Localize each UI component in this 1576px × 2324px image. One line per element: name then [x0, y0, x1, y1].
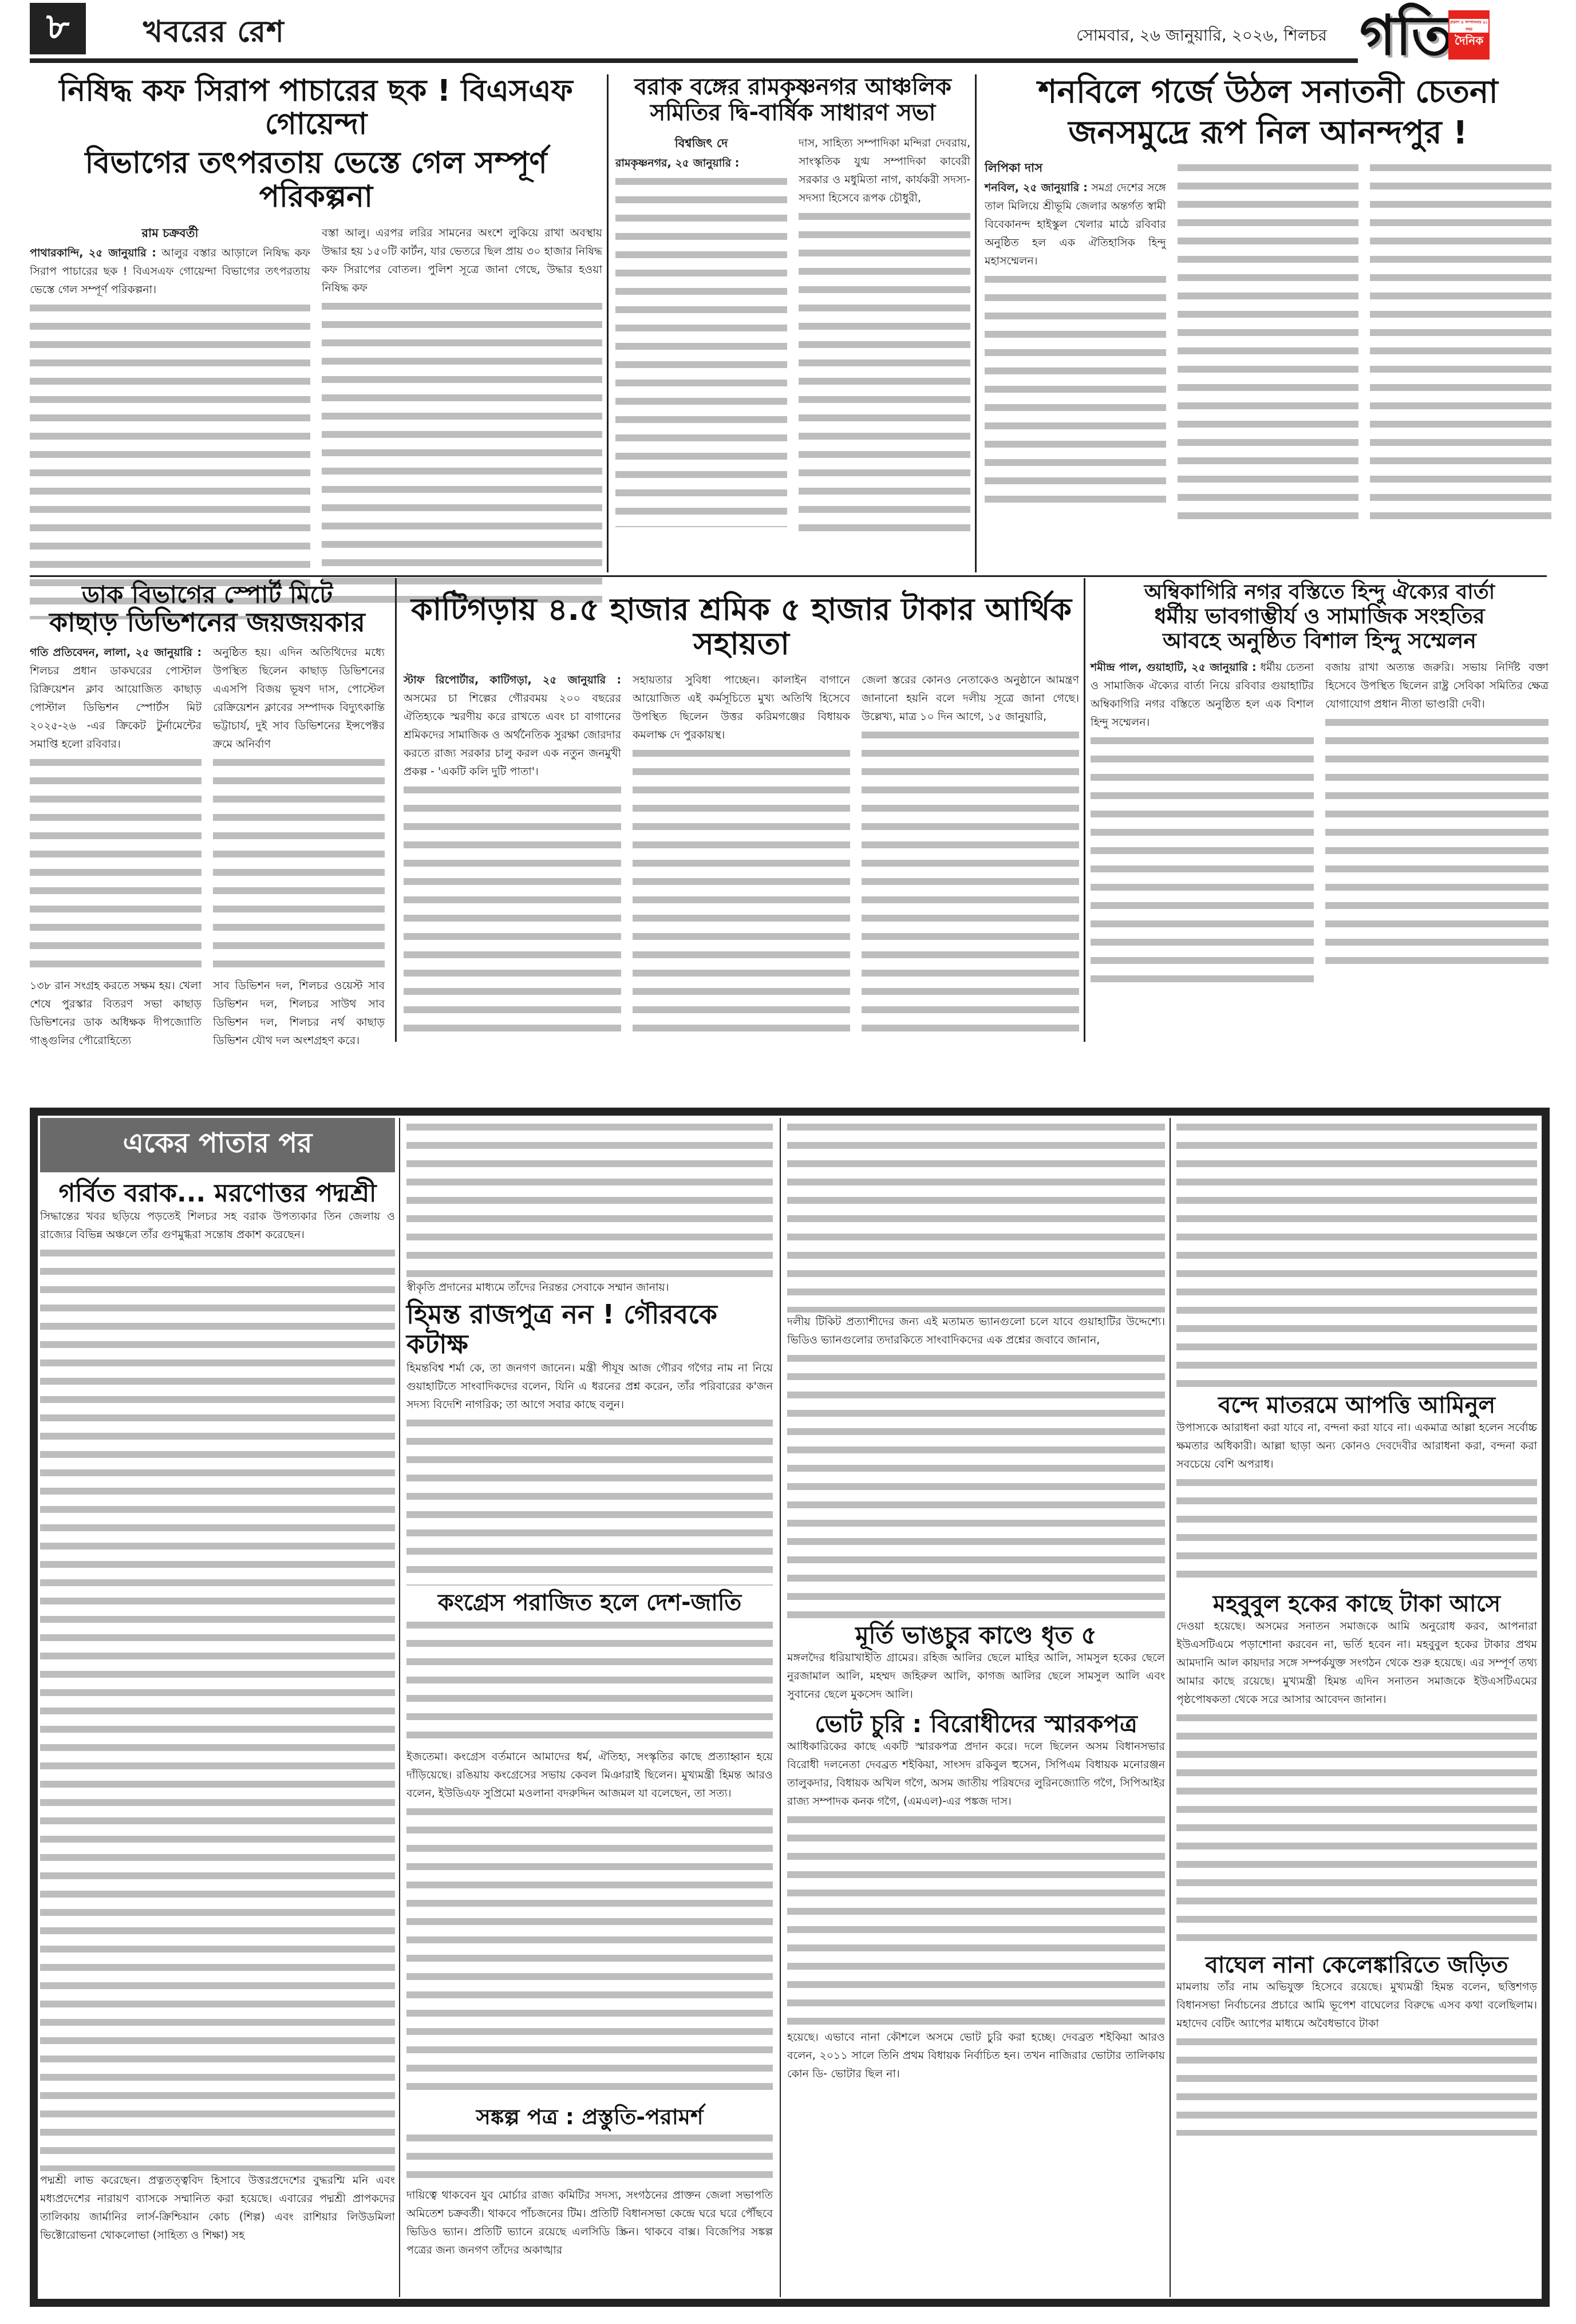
headline-line-2: জনসমুদ্রে রূপ নিল আনন্দপুর ! [985, 115, 1551, 151]
himanta-top-line: স্বীকৃতি প্রদানের মাধ্যমে তাঁদের নিরন্তর… [406, 1278, 773, 1297]
himanta-text: হিমন্তবিশ্ব শর্মা কে, তা জনগণ জানেন। মন্… [406, 1359, 773, 1414]
body-text [1176, 1709, 1537, 1949]
logo-badge-top: প্রকাশ ও সম্পাদনার ৬১ বছর [1449, 19, 1488, 33]
baghel-text: মামলায় তাঁর নাম অভিযুক্ত হিসেবে রয়েছে।… [1176, 1978, 1537, 2033]
body-text [406, 1118, 773, 1278]
lead-text: অসমের চা শিল্পের গৌরবময় ২০০ বছরের ঐতিহ্… [404, 692, 621, 778]
dateline: রামকৃষ্ণনগর, ২৫ জানুয়ারি : [615, 157, 739, 169]
body-text [30, 753, 202, 977]
col3-text: জেলা স্তরের কোনও নেতাকেও অনুষ্ঠানে আমন্ত… [862, 671, 1079, 726]
vote-theft-text: আধিকারিকের কাছে একটি স্মারকপত্র প্রদান ক… [787, 1737, 1165, 1811]
dateline: গতি প্রতিবেদন, লালা, ২৫ জানুয়ারি : [30, 646, 202, 659]
lead-text: সিদ্ধান্তের খবর ছড়িয়ে পড়তেই শিলচর সহ … [40, 1207, 395, 1244]
body-text [213, 753, 385, 977]
dateline: শনবিল, ২৫ জানুয়ারি : [985, 181, 1088, 194]
headline-congress: কংগ্রেস পরাজিত হলে দেশ-জাতি [406, 1590, 773, 1616]
logo-badge-text: দৈনিক [1455, 33, 1483, 52]
headline-line-2: বিভাগের তৎপরতায় ভেস্তে গেল সম্পূর্ণ পরি… [30, 147, 602, 213]
body-text [787, 1118, 1165, 1313]
dateline: পাথারকান্দি, ২৫ জানুয়ারি : [30, 247, 156, 259]
masthead-rule [30, 58, 1358, 63]
headline-himanta: হিমন্ত রাজপুত্র নন ! গৌরবকে কটাক্ষ [406, 1300, 773, 1359]
body-text [404, 781, 621, 1033]
byline: বিশ্বজিৎ দে [615, 134, 787, 154]
article-ramkrishnanagar: বরাক বঙ্গের রামকৃষ্ণনগর আঞ্চলিক সমিতির দ… [615, 74, 970, 533]
body-text [322, 297, 602, 606]
headline: কাটিগড়ায় ৪.৫ হাজার শ্রমিক ৫ হাজার টাকা… [404, 592, 1079, 662]
body-text [406, 1616, 773, 1748]
continued-banner: একের পাতার পর [40, 1118, 395, 1172]
body-text [1325, 713, 1549, 971]
byline: লিপিকা দাস [985, 159, 1166, 179]
body-text [30, 299, 310, 619]
column-divider [780, 1118, 781, 2297]
byline: রাম চক্রবর্তী [30, 224, 310, 244]
article-cough-syrup: নিষিদ্ধ কফ সিরাপ পাচারের ছক ! বিএসএফ গোয… [30, 74, 602, 619]
closing-text: সাব ডিভিশন দল, শিলচর ওয়েস্ট সাব ডিভিশন … [213, 977, 385, 1050]
vote-theft-closing: হয়েছে। এভাবে নানা কৌশলে অসমে ভোট চুরি ক… [787, 2028, 1165, 2083]
column-divider [399, 1118, 400, 2297]
headline-line-2: ধর্মীয় ভাবগাম্ভীর্য ও সামাজিক সংহতির [1091, 604, 1549, 629]
page-number: ৮ [30, 3, 86, 54]
col2-text: সহায়তার সুবিধা পাচ্ছেন। কালাইন বাগানে আ… [633, 671, 850, 744]
closing-text: পদ্মশ্রী লাভ করেছেন। প্রত্নতত্ত্ববিদ হিস… [40, 2171, 395, 2244]
section-divider [30, 575, 1547, 577]
column-divider [1084, 578, 1085, 1042]
headline-vote-theft: ভোট চুরি : বিরোধীদের স্মারকপত্র [787, 1710, 1165, 1737]
article-hindu-sammelan: অম্বিকাগিরি নগর বস্তিতে হিন্দু ঐক্যের বা… [1091, 581, 1549, 983]
article-anandapur: শনবিলে গর্জে উঠল সনাতনী চেতনা জনসমুদ্রে … [985, 74, 1551, 531]
headline-line-1: বরাক বঙ্গের রামকৃষ্ণনগর আঞ্চলিক [615, 74, 970, 100]
body-text [1176, 1118, 1537, 1393]
headline-baghel: বাঘেল নানা কেলেঙ্কারিতে জড়িত [1176, 1953, 1537, 1978]
continued-col-right: বন্দে মাতরমে আপত্তি আমিনুল উপাস্যকে আরাধ… [1176, 1118, 1537, 2136]
section-title: খবরের রেশ [143, 9, 285, 58]
col2-text: অনুষ্ঠিত হয়। এদিন অতিথিদের মধ্যে উপস্থি… [213, 643, 385, 753]
newspaper-logo: গতি [1360, 1, 1440, 70]
lead-text: সমগ্র দেশের সঙ্গে তাল মিলিয়ে শ্রীভূমি জ… [985, 181, 1166, 267]
headline: গর্বিত বরাক... মরণোত্তর পদ্মশ্রী [40, 1179, 395, 1207]
column-divider [607, 74, 609, 572]
closing-text: ১৩৮ রান সংগ্রহ করতে সক্ষম হয়। খেলা শেষে… [30, 977, 202, 1050]
headline-bande-mataram: বন্দে মাতরমে আপত্তি আমিনুল [1176, 1393, 1537, 1418]
congress-text: ইজতেমা। কংগ্রেস বর্তমানে আমাদের ধর্ম, ঐত… [406, 1748, 773, 1803]
body-text [1178, 159, 1359, 531]
body-text [40, 1244, 395, 2171]
sankalpa-closing: দায়িত্বে থাকবেন যুব মোর্চার রাজ্য কমিটি… [406, 2186, 773, 2259]
body-text [985, 270, 1166, 511]
video-van-text: দলীয় টিকিট প্রত্যাশীদের জন্য এই মতামত ভ… [787, 1313, 1165, 1349]
continued-col-left: একের পাতার পর গর্বিত বরাক... মরণোত্তর পদ… [40, 1118, 395, 2244]
body-text [787, 1811, 1165, 2028]
article-postal-sports: ডাক বিভাগের স্পোর্ট মিটে কাছাড় ডিভিশনের… [30, 581, 385, 1050]
continued-col-center-right: দলীয় টিকিট প্রত্যাশীদের জন্য এই মতামত ভ… [787, 1118, 1165, 2083]
continued-col-middle: স্বীকৃতি প্রদানের মাধ্যমে তাঁদের নিরন্তর… [406, 1118, 773, 2259]
date-line: সোমবার, ২৬ জানুয়ারি, ২০২৬, শিলচর [1076, 23, 1327, 50]
idol-text: মঙ্গলদৈর ধরিয়াখাইতি গ্রামের। রহিজ আলির … [787, 1649, 1165, 1704]
headline-line-1: নিষিদ্ধ কফ সিরাপ পাচারের ছক ! বিএসএফ গোয… [30, 74, 602, 141]
headline-line-2: সমিতির দ্বি-বার্ষিক সাধারণ সভা [615, 100, 970, 126]
logo-badge: প্রকাশ ও সম্পাদনার ৬১ বছর দৈনিক [1448, 10, 1490, 60]
dateline: স্টাফ রিপোর্টার, কাটিগড়া, ২৫ জানুয়ারি … [404, 674, 621, 686]
lead-text: শিলচর প্রধান ডাকঘরের পোস্টাল রিক্রিয়েশন… [30, 665, 202, 750]
column-divider [395, 578, 397, 1042]
bande-mataram-text: উপাস্যকে আরাধনা করা যাবে না, বন্দনা করা … [1176, 1418, 1537, 1473]
headline-mahbubul: মহবুবুল হকের কাছে টাকা আসে [1176, 1591, 1537, 1617]
mahbubul-text: দেওয়া হয়েছে। অসমের সনাতন সমাজকে আমি অন… [1176, 1617, 1537, 1709]
body-text [615, 172, 787, 527]
article-tea-workers: কাটিগড়ায় ৪.৫ হাজার শ্রমিক ৫ হাজার টাকা… [404, 592, 1079, 1036]
headline-idol: মূর্তি ভাঙচুর কাণ্ডে ধৃত ৫ [787, 1622, 1165, 1649]
body-text [633, 744, 850, 1036]
headline-line-3: আবহে অনুষ্ঠিত বিশাল হিন্দু সম্মেলন [1091, 629, 1549, 653]
body-text [787, 1349, 1165, 1618]
body-text [1176, 1473, 1537, 1588]
body-text [406, 1414, 773, 1586]
body-text [406, 2129, 773, 2186]
headline-line-1: শনবিলে গর্জে উঠল সনাতনী চেতনা [985, 74, 1551, 110]
col2-text: বজায় রাখা অত্যন্ত জরুরি। সভায় নির্দিষ্… [1325, 658, 1549, 713]
headline-line-1: ডাক বিভাগের স্পোর্ট মিটে [30, 581, 385, 608]
body-text [862, 726, 1079, 1035]
headline-line-2: কাছাড় ডিভিশনের জয়জয়কার [30, 608, 385, 638]
headline-sankalpa: সঙ্কল্প পত্র : প্রস্তুতি-পরামর্শ [406, 2105, 773, 2129]
headline-line-1: অম্বিকাগিরি নগর বস্তিতে হিন্দু ঐক্যের বা… [1091, 581, 1549, 604]
column-divider [1170, 1118, 1171, 2297]
body-text [406, 1803, 773, 2100]
body-text [1091, 732, 1314, 983]
body-text [799, 207, 970, 533]
col2-text: দাস, সাহিত্য সম্পাদিকা মন্দিরা দেবরায়, … [799, 134, 970, 207]
body-text [1370, 159, 1551, 531]
body-text [1176, 2033, 1537, 2136]
column-divider [975, 74, 977, 572]
dateline: শমীন্দ্র পাল, গুয়াহাটি, ২৫ জানুয়ারি : [1091, 661, 1257, 674]
col2-text: বস্তা আলু। এরপর লরির সামনের অংশে লুকিয়ে… [322, 224, 602, 297]
